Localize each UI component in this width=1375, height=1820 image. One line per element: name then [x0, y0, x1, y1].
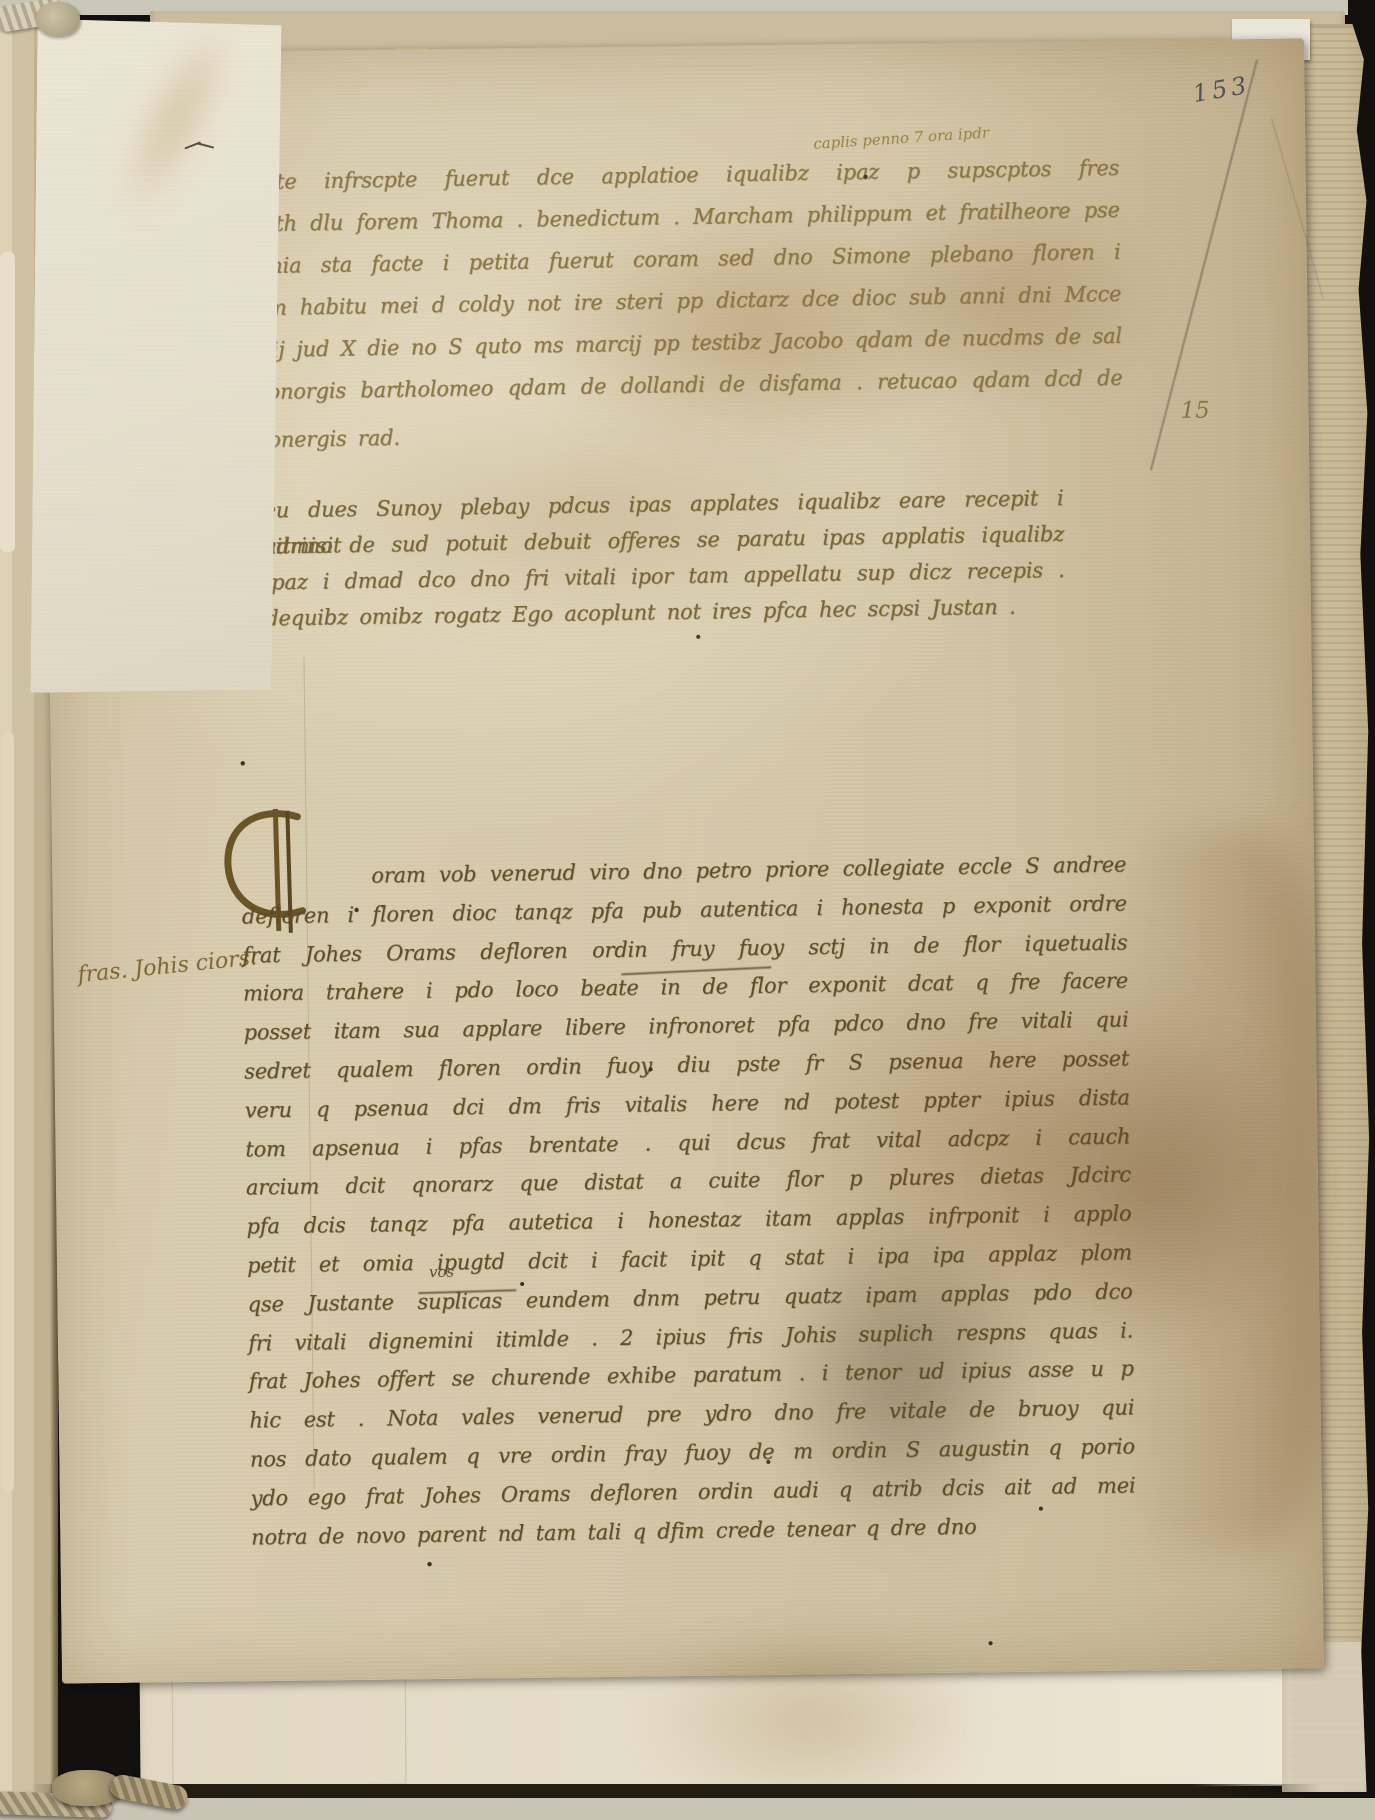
- notarial-paragraph-2: eu dues Sunoy plebay pdcus ipas applates…: [263, 480, 1065, 637]
- slip-stain: [100, 6, 252, 230]
- margin-note: fras. Johis ciors.: [76, 945, 258, 988]
- water-stain: [1102, 828, 1331, 1551]
- page-sliver: [2, 732, 14, 1492]
- caret-pen-mark: [184, 138, 214, 152]
- paragraph-number: 15: [1180, 398, 1210, 424]
- interlinear-correction: vos: [429, 1263, 454, 1281]
- scanner-background-bottom: [0, 1798, 1375, 1820]
- manuscript-line: chonergis rad.: [243, 405, 1124, 462]
- folio-number: 153: [1191, 71, 1253, 108]
- notarial-paragraph-1: Facte infrscpte fuerut dce applatioe iqu…: [239, 147, 1124, 462]
- pasted-paper-slip: [30, 19, 281, 696]
- paper-impression: [172, 1665, 407, 1787]
- binding-cord-knot: [36, 2, 80, 36]
- petition-text-block: oram vob venerud viro dno petro priore c…: [241, 845, 1136, 1556]
- page-sliver: [0, 252, 15, 552]
- manuscript-photo: 153 caplis penno 7 ora ipdr Facte infrsc…: [0, 0, 1375, 1820]
